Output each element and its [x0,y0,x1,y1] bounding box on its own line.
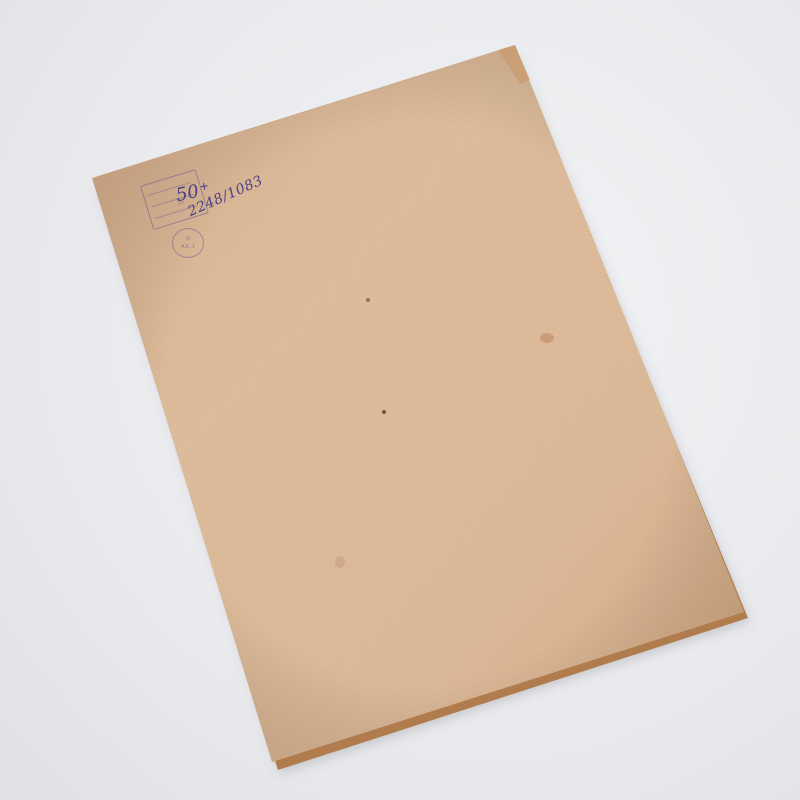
circle-stamp-line2: A.K. 1 [173,244,203,250]
paper-cover [0,0,800,800]
photo-scene: 10 50 + 2248/1083 N A.K. 1 [0,0,800,800]
circle-stamp: N A.K. 1 [172,228,204,258]
circle-stamp-line1: N [173,236,203,242]
